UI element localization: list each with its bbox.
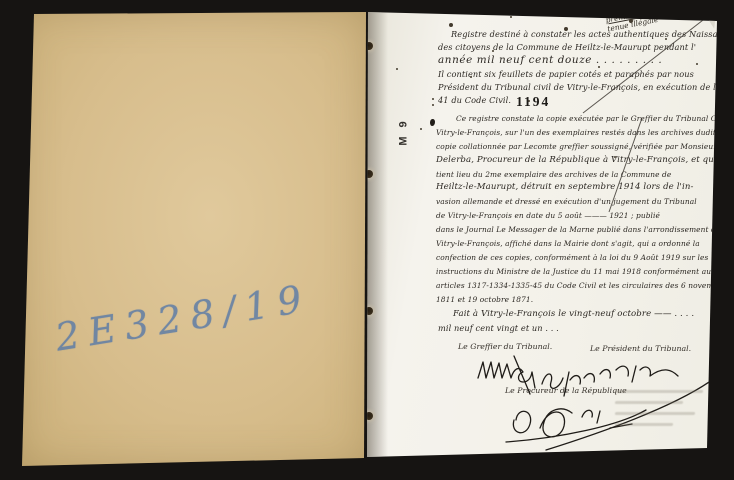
handwritten-line: 41 du Code Civil. [438,94,734,107]
stitch-hole [365,170,373,178]
handwritten-line: confection de ces copies, conformément à… [436,251,734,265]
handwritten-line: Heiltz-le-Maurupt, détruit en septembre … [436,181,734,195]
margin-stamp: M 9 [398,118,410,145]
body-paragraph: Ce registre constate la copie exécutée p… [436,112,734,306]
handwritten-line: mil neuf cent vingt et un . . . [438,322,694,336]
opening-paragraph: Registre destiné à constater les actes a… [438,28,734,107]
handwritten-line: Vitry-le-François, sur l'un des exemplai… [436,126,734,140]
corner-fold [703,14,716,28]
stitch-hole [365,307,373,315]
stamp-number: 1194 [516,94,550,110]
handwritten-line: Vitry-le-François, affiché dans la Mairi… [436,237,734,251]
handwritten-line: Registre destiné à constater les actes a… [438,28,734,41]
handwritten-line: tient lieu du 2me exemplaire des archive… [436,168,734,182]
handwritten-line: année mil neuf cent douze . . . . . . . … [438,54,734,67]
bleedthrough-text [615,390,710,434]
binding-edge-shadow [366,8,388,462]
archival-scan: 2E328/19 M 9 premier feuillet tenue illé… [0,0,734,480]
archival-reference-number: 2E328/19 [52,272,335,359]
handwritten-line: vasion allemande et dressé en exécution … [436,195,734,209]
handwritten-line: de Vitry-le-François en date du 5 août —… [436,209,734,223]
closing-lines: Fait à Vitry-le-François le vingt-neuf o… [438,308,694,335]
handwritten-line: instructions du Ministre de la Justice d… [436,265,734,279]
left-cover-page: 2E328/19 [20,12,366,466]
ink-specks [360,8,362,10]
handwritten-line: Delerba, Procureur de la République à Vi… [436,154,734,168]
handwritten-line: Il contient six feuillets de papier coté… [438,68,734,81]
handwritten-line: Fait à Vitry-le-François le vingt-neuf o… [438,308,694,322]
register-first-page: M 9 premier feuillet tenue illégale Regi… [360,8,724,462]
handwritten-line: articles 1317-1334-1335-45 du Code Civil… [436,279,734,293]
greffier-signature [478,356,535,394]
handwritten-line: dans le Journal Le Messager de la Marne … [436,223,734,237]
handwritten-line: Président du Tribunal civil de Vitry-le-… [438,81,734,94]
stitch-hole [365,412,373,420]
ink-blot [430,119,435,126]
handwritten-line: des citoyens de la Commune de Heiltz-le-… [438,41,734,54]
handwritten-line: Ce registre constate la copie exécutée p… [436,112,734,126]
handwritten-line: 1811 et 19 octobre 1871. [436,293,734,307]
handwritten-line: copie collationnée par Lecomte greffier … [436,140,734,154]
stitch-hole [365,42,373,50]
